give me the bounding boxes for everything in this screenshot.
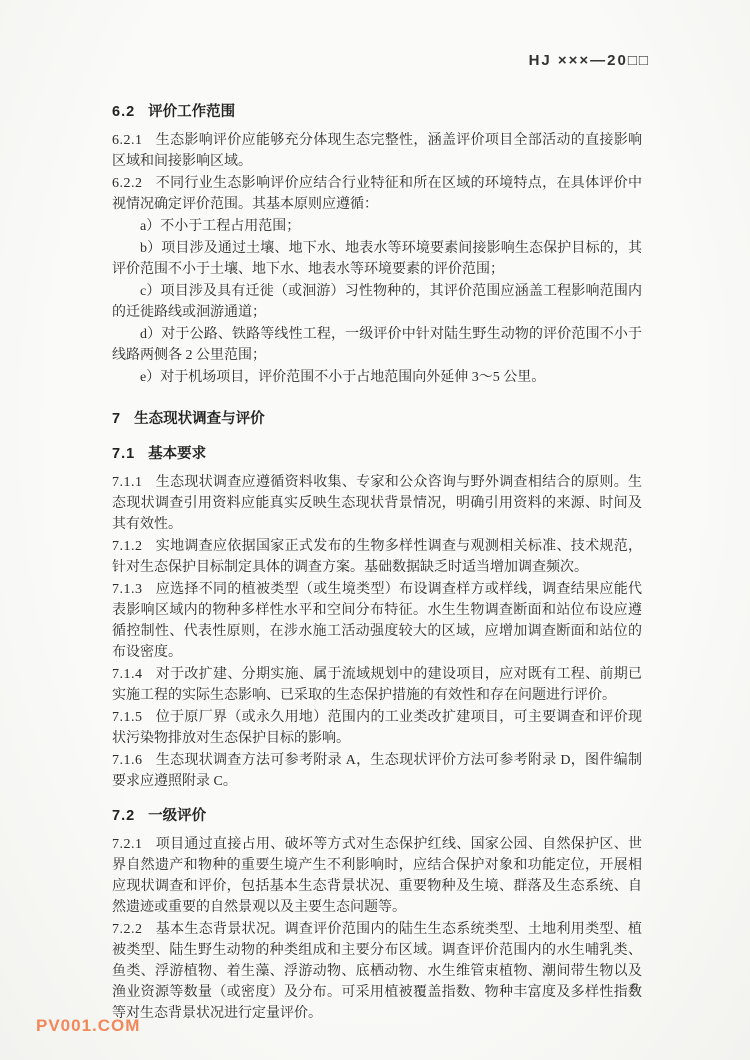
clause-number: 7.1.1	[112, 475, 143, 490]
paragraph-7-1-4: 7.1.4对于改扩建、分期实施、属于流域规划中的建设项目，应对既有工程、前期已实…	[112, 664, 642, 706]
list-item-b: b）项目涉及通过土壤、地下水、地表水等环境要素间接影响生态保护目标的，其评价范围…	[112, 238, 642, 280]
section-title: 一级评价	[148, 808, 206, 824]
clause-number: 7.1.6	[112, 753, 143, 768]
paragraph-7-1-6: 7.1.6生态现状调查方法可参考附录 A，生态现状评价方法可参考附录 D，图件编…	[112, 750, 642, 792]
section-number: 6.2	[112, 104, 135, 120]
section-heading-7-1: 7.1基本要求	[112, 443, 642, 465]
section-title: 评价工作范围	[148, 104, 235, 120]
paragraph-6-2-1: 6.2.1生态影响评价应能够充分体现生态完整性，涵盖评价项目全部活动的直接影响区…	[112, 130, 642, 172]
section-heading-6-2: 6.2评价工作范围	[112, 101, 642, 123]
clause-text: 位于原厂界（或永久用地）范围内的工业类改扩建项目，可主要调查和评价现状污染物排放…	[112, 710, 642, 746]
paragraph-7-1-1: 7.1.1生态现状调查应遵循资料收集、专家和公众咨询与野外调查相结合的原则。生态…	[112, 472, 642, 535]
clause-number: 7.2.2	[112, 922, 143, 937]
paragraph-6-2-2: 6.2.2不同行业生态影响评价应结合行业特征和所在区域的环境特点，在具体评价中视…	[112, 173, 642, 215]
clause-text: 生态影响评价应能够充分体现生态完整性，涵盖评价项目全部活动的直接影响区域和间接影…	[112, 133, 642, 169]
watermark-text: PV001.COM	[36, 1016, 140, 1036]
paragraph-7-1-3: 7.1.3应选择不同的植被类型（或生境类型）布设调查样方或样线，调查结果应能代表…	[112, 579, 642, 663]
section-number: 7.2	[112, 808, 135, 824]
clause-number: 7.1.4	[112, 667, 143, 682]
clause-text: 不同行业生态影响评价应结合行业特征和所在区域的环境特点，在具体评价中视情况确定评…	[112, 176, 642, 212]
paragraph-7-1-2: 7.1.2实地调查应依据国家正式发布的生物多样性调查与观测相关标准、技术规范，针…	[112, 536, 642, 578]
doc-code-header: HJ ×××—20□□	[529, 52, 650, 69]
section-title: 基本要求	[148, 446, 206, 462]
document-page: HJ ×××—20□□ 6.2评价工作范围 6.2.1生态影响评价应能够充分体现…	[0, 0, 750, 1060]
list-item-c: c）项目涉及具有迁徙（或洄游）习性物种的，其评价范围应涵盖工程影响范围内的迁徙路…	[112, 281, 642, 323]
page-content: 6.2评价工作范围 6.2.1生态影响评价应能够充分体现生态完整性，涵盖评价项目…	[112, 88, 642, 1025]
paragraph-7-1-5: 7.1.5位于原厂界（或永久用地）范围内的工业类改扩建项目，可主要调查和评价现状…	[112, 707, 642, 749]
clause-text: 基本生态背景状况。调查评价范围内的陆生生态系统类型、土地利用类型、植被类型、陆生…	[112, 922, 642, 1021]
paragraph-7-2-2: 7.2.2基本生态背景状况。调查评价范围内的陆生生态系统类型、土地利用类型、植被…	[112, 919, 642, 1024]
chapter-heading-7: 7生态现状调查与评价	[112, 408, 642, 430]
clause-text: 生态现状调查应遵循资料收集、专家和公众咨询与野外调查相结合的原则。生态现状调查引…	[112, 475, 642, 532]
list-item-d: d）对于公路、铁路等线性工程，一级评价中针对陆生野生动物的评价范围不小于线路两侧…	[112, 324, 642, 366]
clause-text: 对于改扩建、分期实施、属于流域规划中的建设项目，应对既有工程、前期已实施工程的实…	[112, 667, 642, 703]
clause-number: 7.2.1	[112, 837, 143, 852]
list-item-a: a）不小于工程占用范围；	[112, 216, 642, 237]
section-number: 7.1	[112, 446, 135, 462]
page-number: 5	[632, 980, 639, 996]
clause-number: 7.1.5	[112, 710, 143, 725]
clause-text: 生态现状调查方法可参考附录 A，生态现状评价方法可参考附录 D，图件编制要求应遵…	[112, 753, 642, 789]
clause-text: 应选择不同的植被类型（或生境类型）布设调查样方或样线，调查结果应能代表影响区域内…	[112, 582, 642, 660]
clause-number: 7.1.2	[112, 539, 143, 554]
list-item-e: e）对于机场项目，评价范围不小于占地范围向外延伸 3～5 公里。	[112, 367, 642, 388]
chapter-number: 7	[112, 411, 121, 427]
chapter-title: 生态现状调查与评价	[134, 411, 265, 427]
section-heading-7-2: 7.2一级评价	[112, 805, 642, 827]
paragraph-7-2-1: 7.2.1项目通过直接占用、破坏等方式对生态保护红线、国家公园、自然保护区、世界…	[112, 834, 642, 918]
clause-number: 6.2.2	[112, 176, 143, 191]
clause-text: 项目通过直接占用、破坏等方式对生态保护红线、国家公园、自然保护区、世界自然遗产和…	[112, 837, 642, 915]
clause-number: 6.2.1	[112, 133, 143, 148]
clause-text: 实地调查应依据国家正式发布的生物多样性调查与观测相关标准、技术规范，针对生态保护…	[112, 539, 642, 575]
clause-number: 7.1.3	[112, 582, 143, 597]
